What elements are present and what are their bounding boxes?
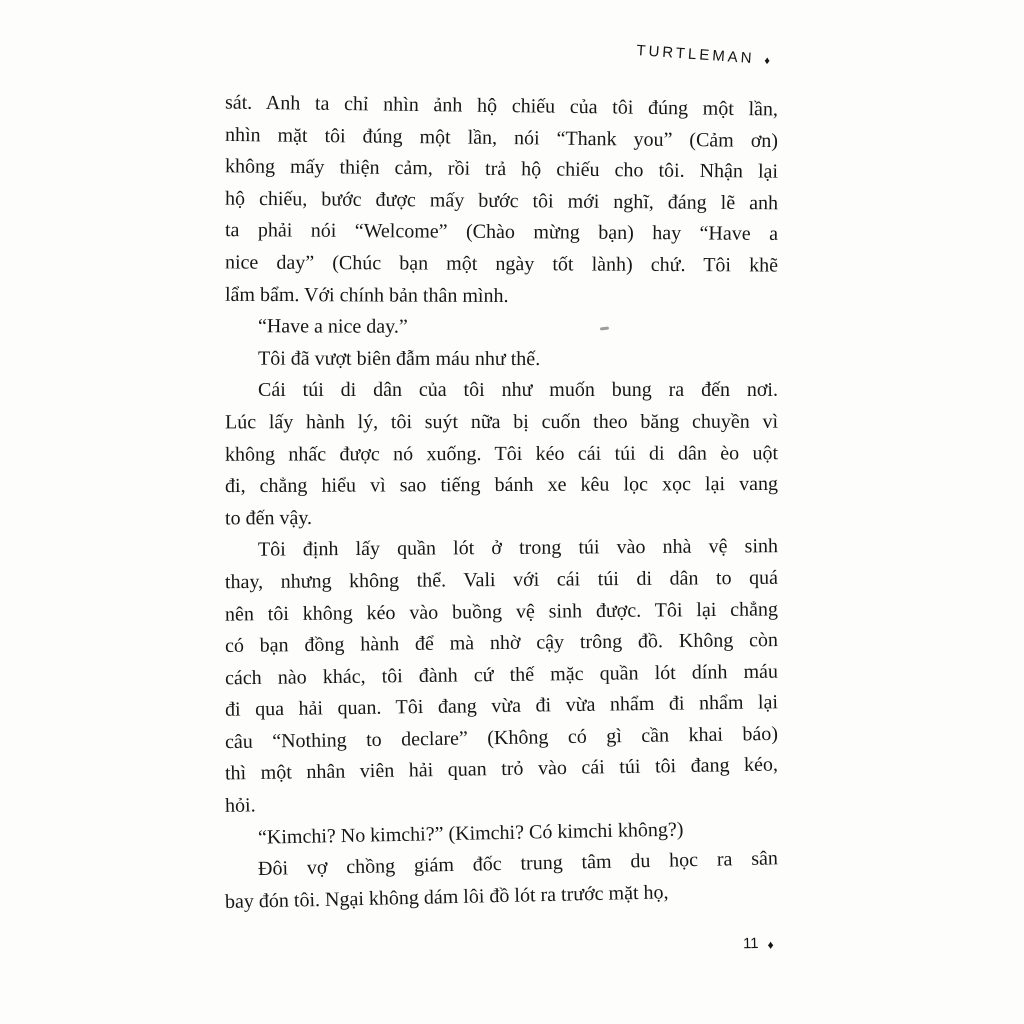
paragraph: “Have a nice day.” — [225, 312, 778, 344]
body-text: sát. Anh ta chỉ nhìn ảnh hộ chiếu của tô… — [225, 91, 778, 912]
page-number: 11 ♦ — [743, 935, 774, 953]
text-line: “Have a nice day.” — [225, 311, 778, 344]
paragraph: Cái túi di dân của tôi như muốn bung ra … — [225, 375, 778, 533]
paragraph: Tôi đã vượt biên đẫm máu như thế. — [225, 344, 778, 376]
text-line: Tôi đã vượt biên đẫm máu như thế. — [225, 343, 778, 375]
running-header: TURTLEMAN ♦ — [636, 42, 771, 68]
text-line: đi, chẳng hiểu vì sao tiếng bánh xe kêu … — [225, 469, 778, 503]
text-line: thay, nhưng không thể. Vali với cái túi … — [225, 563, 778, 599]
page-number-value: 11 — [743, 935, 759, 952]
diamond-icon: ♦ — [764, 54, 770, 66]
text-line: không nhấc được nó xuống. Tôi kéo cái tú… — [225, 438, 778, 471]
text-line: hộ chiếu, bước được mấy bước tôi mới ngh… — [225, 183, 778, 219]
diamond-icon: ♦ — [767, 937, 773, 951]
text-line: to đến vậy. — [225, 500, 778, 535]
paragraph: Tôi định lấy quần lót ở trong túi vào nh… — [225, 533, 778, 817]
text-line: Lúc lấy hành lý, tôi suýt nữa bị cuốn th… — [225, 407, 778, 439]
text-line: nice day” (Chúc bạn một ngày tốt lành) c… — [225, 247, 778, 282]
text-line: lẩm bẩm. Với chính bản thân mình. — [225, 279, 778, 313]
text-line: Cái túi di dân của tôi như muốn bung ra … — [225, 375, 778, 407]
book-page: TURTLEMAN ♦ sát. Anh ta chỉ nhìn ảnh hộ … — [0, 0, 1024, 1024]
paragraph: sát. Anh ta chỉ nhìn ảnh hộ chiếu của tô… — [225, 91, 778, 312]
text-line: ta phải nói “Welcome” (Chào mừng bạn) ha… — [225, 215, 778, 251]
text-line: không mấy thiện cảm, rồi trả hộ chiếu ch… — [225, 151, 778, 188]
text-line: Tôi định lấy quần lót ở trong túi vào nh… — [225, 531, 778, 566]
running-header-title: TURTLEMAN — [636, 42, 755, 67]
paragraph: Đôi vợ chồng giám đốc trung tâm du học r… — [225, 849, 778, 912]
